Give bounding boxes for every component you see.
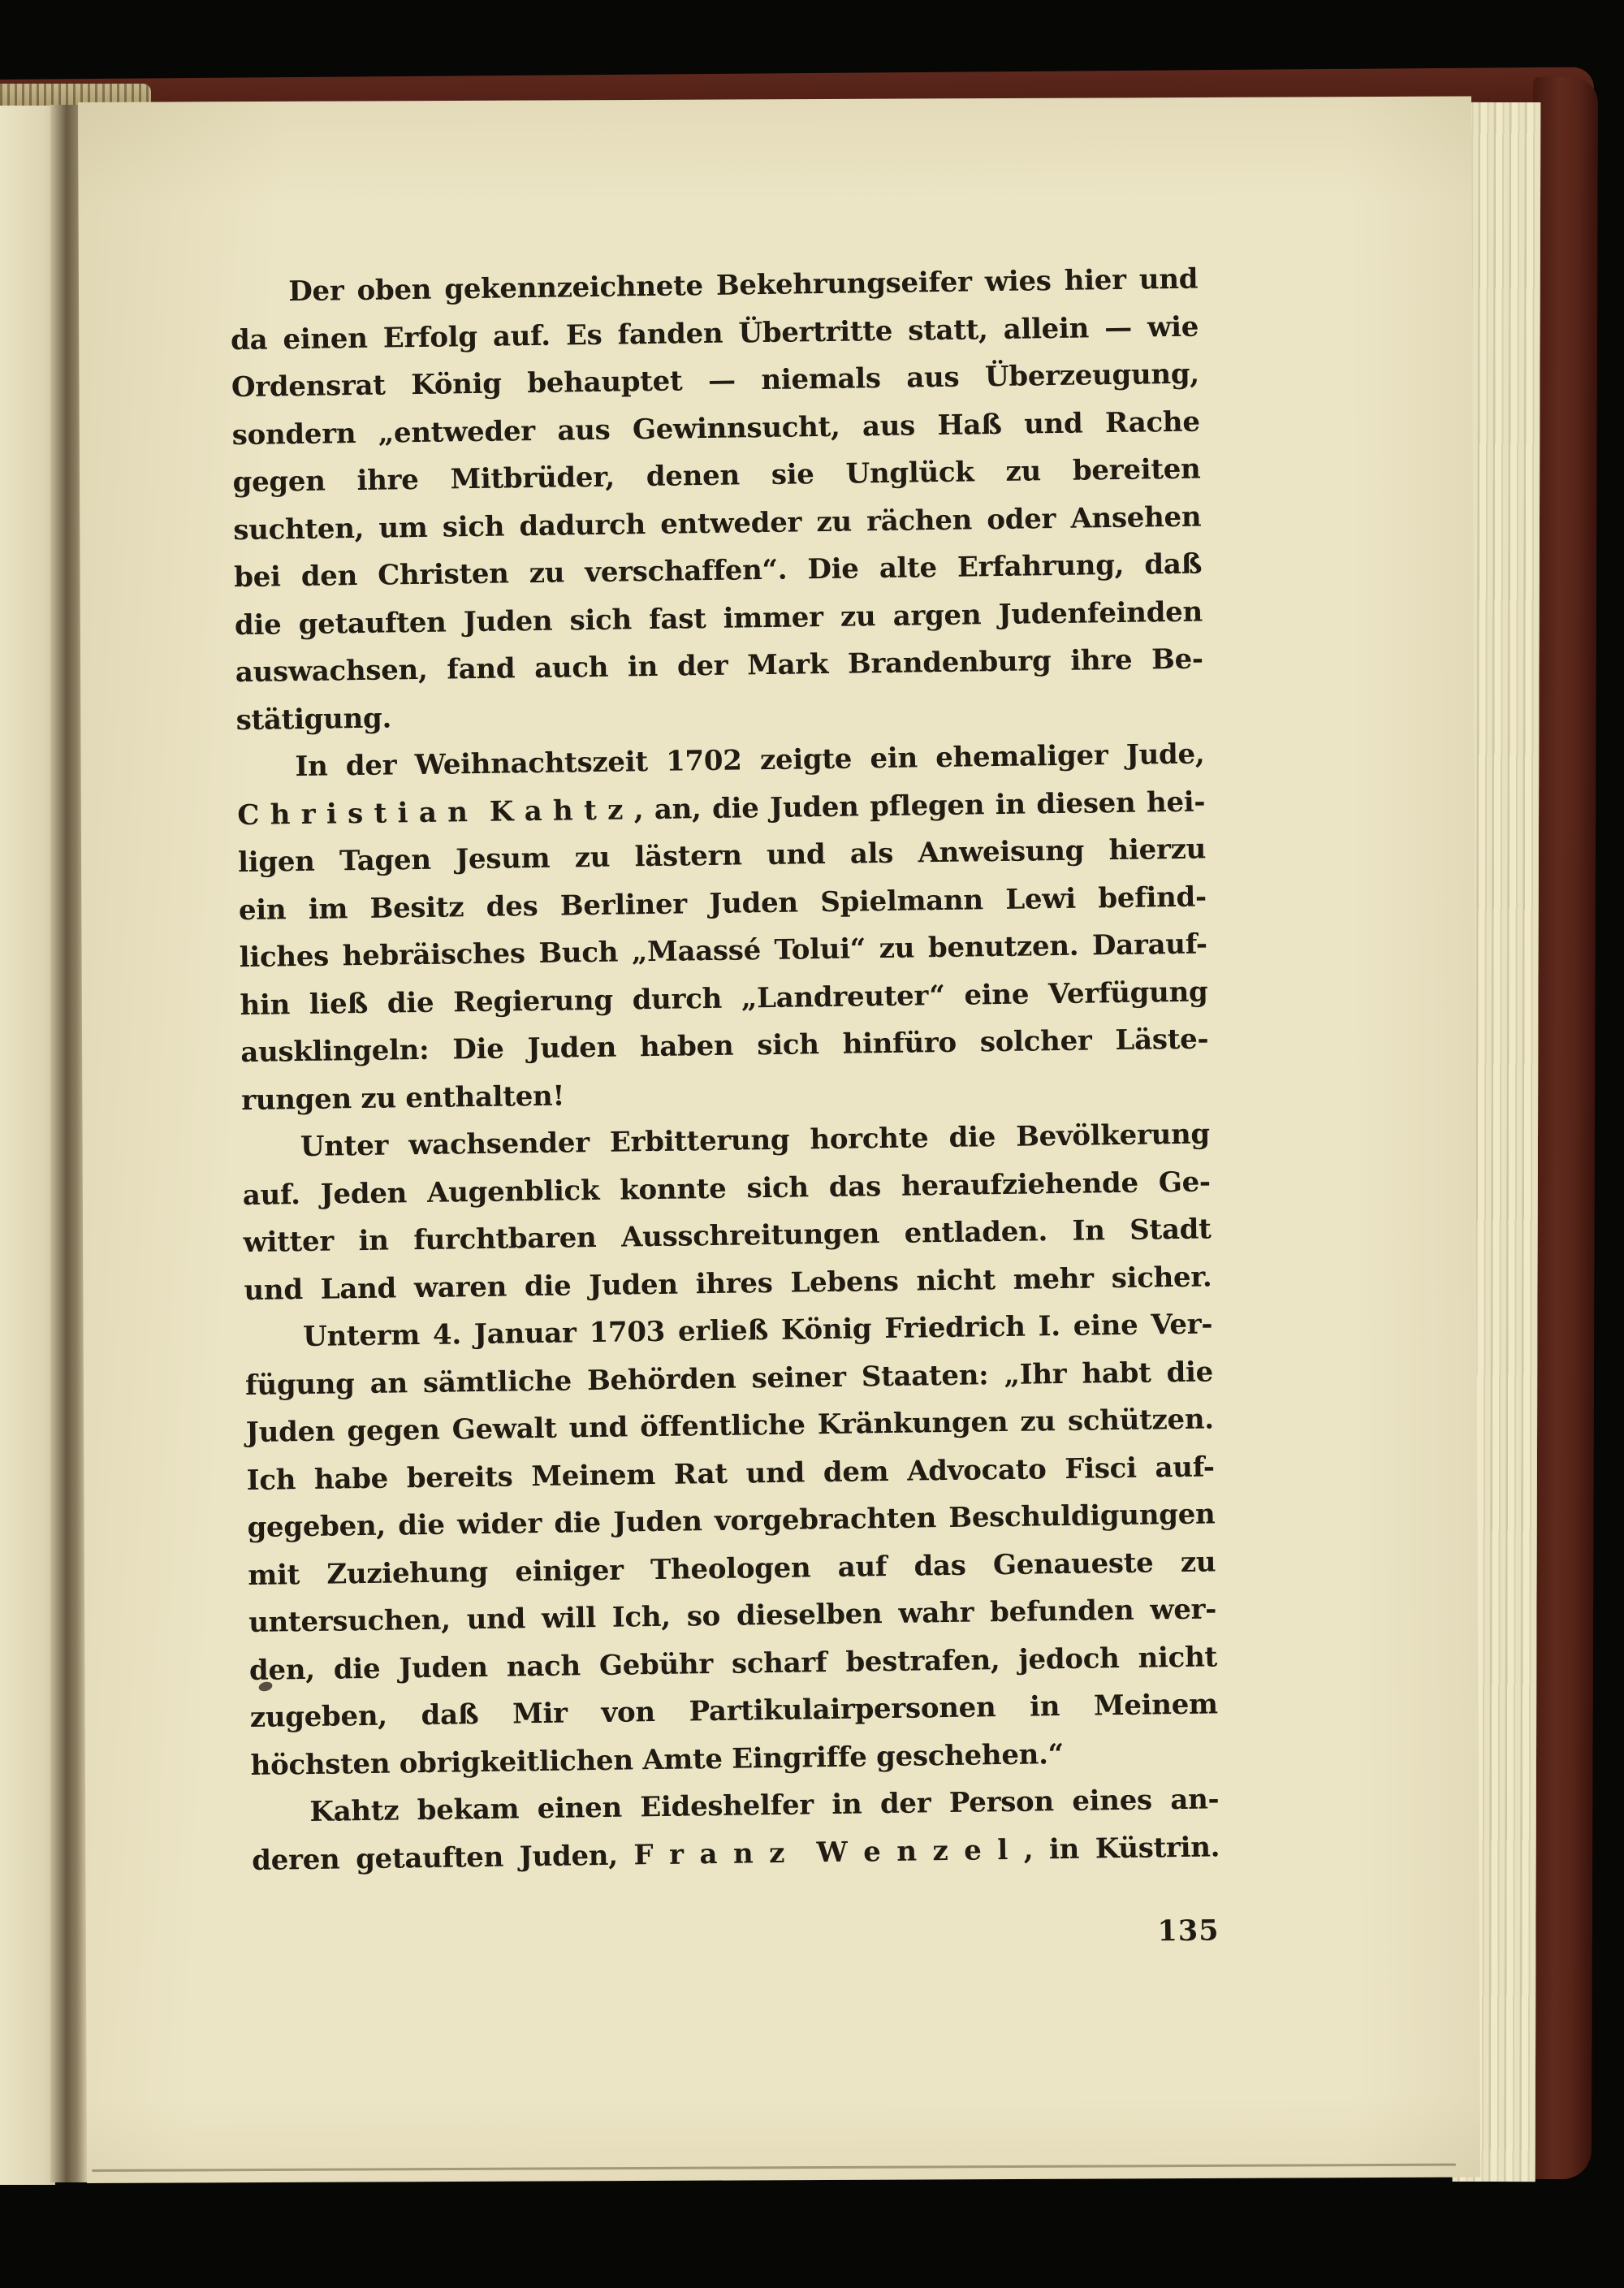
page-text: Der oben gekennzeichnete Bekehrungseifer… [230, 256, 1221, 1969]
page-number: 135 [253, 1907, 1221, 1968]
text-lines: Der oben gekennzeichnete Bekehrungseifer… [230, 256, 1220, 1884]
book-page: Der oben gekennzeichnete Bekehrungseifer… [78, 97, 1480, 2183]
book-photo: Der oben gekennzeichnete Bekehrungseifer… [0, 0, 1624, 2288]
page-edge-left [0, 106, 55, 2185]
